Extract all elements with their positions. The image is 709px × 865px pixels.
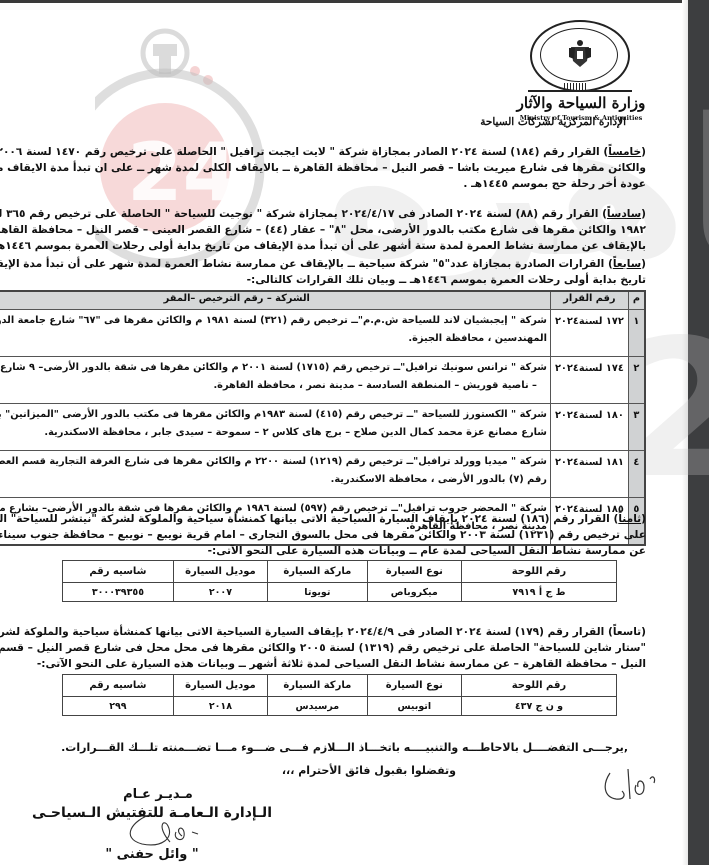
section-lead: تاسعاً <box>613 626 641 638</box>
table-row: ٤ ١٨١ لسنة٢٠٢٤ شركة " ميديا وورلد ترافيل… <box>0 451 645 498</box>
col-decision: رقم القرار <box>550 291 628 310</box>
eagle-emblem-icon <box>569 39 591 69</box>
table-row: ط ج أ ٧٩١٩ ميكروباص تويوتا ٢٠٠٧ ٣٠٠٠٣٩٣٥… <box>63 583 617 602</box>
department-name: الإدارة المركزية لشركات السياحة <box>480 116 626 128</box>
table-row: ١ ١٧٢ لسنة٢٠٢٤ شركة " إيجبشيان لاند للسي… <box>0 310 645 357</box>
table-header-row: رقم اللوحة نوع السيارة ماركة السيارة مود… <box>63 561 617 583</box>
closing-regards: وتفضلوا بقبول فائق الأحترام ،،، <box>282 764 456 777</box>
section-lead: سابعاً <box>613 258 641 270</box>
signatory-name: " وائل حفنى " <box>92 847 212 862</box>
table-row: ٣ ١٨٠ لسنة٢٠٢٤ شركة " الكستورز للسياحة "… <box>0 404 645 451</box>
signature-title: مـديـر عـام <box>78 787 238 802</box>
ministry-logo: وزارة السياحة والآثار Ministry of Touris… <box>506 10 656 122</box>
section-lead: خامساً <box>608 146 641 158</box>
col-details: الشركة – رقم الترخيص –المقر <box>0 291 550 310</box>
signature-scribble-icon <box>112 812 212 852</box>
section-sixth: (سادساً) القرار رقم (٨٨) لسنة ٢٠٢٤ الصاد… <box>0 206 646 254</box>
vehicle-table-1: رقم اللوحة نوع السيارة ماركة السيارة مود… <box>62 560 617 602</box>
document-page: وزارة السياحة والآثار Ministry of Touris… <box>0 0 688 865</box>
ministry-name-ar: وزارة السياحة والآثار <box>506 94 656 112</box>
section-eighth: (ثامناً) القرار رقم (١٨٦) لسنة ٢٠٢٤ بإيق… <box>0 511 646 559</box>
table-header-row: م رقم القرار الشركة – رقم الترخيص –المقر <box>0 291 645 310</box>
section-lead: سادساً <box>607 208 641 220</box>
decisions-table: م رقم القرار الشركة – رقم الترخيص –المقر… <box>0 290 646 546</box>
table-header-row: رقم اللوحة نوع السيارة ماركة السيارة مود… <box>63 675 617 697</box>
table-row: ٢ ١٧٤ لسنة٢٠٢٤ شركة " ترانس سونيك ترافيل… <box>0 357 645 404</box>
scan-right-edge <box>688 0 709 865</box>
section-seventh: (سابعاً) القرارات الصادرة بمجازاة عدد"٥"… <box>0 256 646 288</box>
table-row: و ن ج ٤٣٧ اتوبيس مرسيدس ٢٠١٨ ٢٩٩ <box>63 697 617 716</box>
ministry-emblem <box>530 20 630 92</box>
section-fifth: (خامساً) القرار رقم (١٨٤) لسنة ٢٠٢٤ الصا… <box>0 144 646 192</box>
closing-request: ,يرجـــى التفضــــل بالاحاطـــه والتنبيـ… <box>61 741 628 754</box>
section-lead: ثامناً <box>618 513 641 525</box>
vehicle-table-2: رقم اللوحة نوع السيارة ماركة السيارة مود… <box>62 674 617 716</box>
section-ninth: (تاسعاً) القرار رقم (١٧٩) لسنة ٢٠٢٤ الصا… <box>0 624 646 672</box>
handwritten-initials-icon <box>600 765 670 810</box>
col-index: م <box>628 291 645 310</box>
